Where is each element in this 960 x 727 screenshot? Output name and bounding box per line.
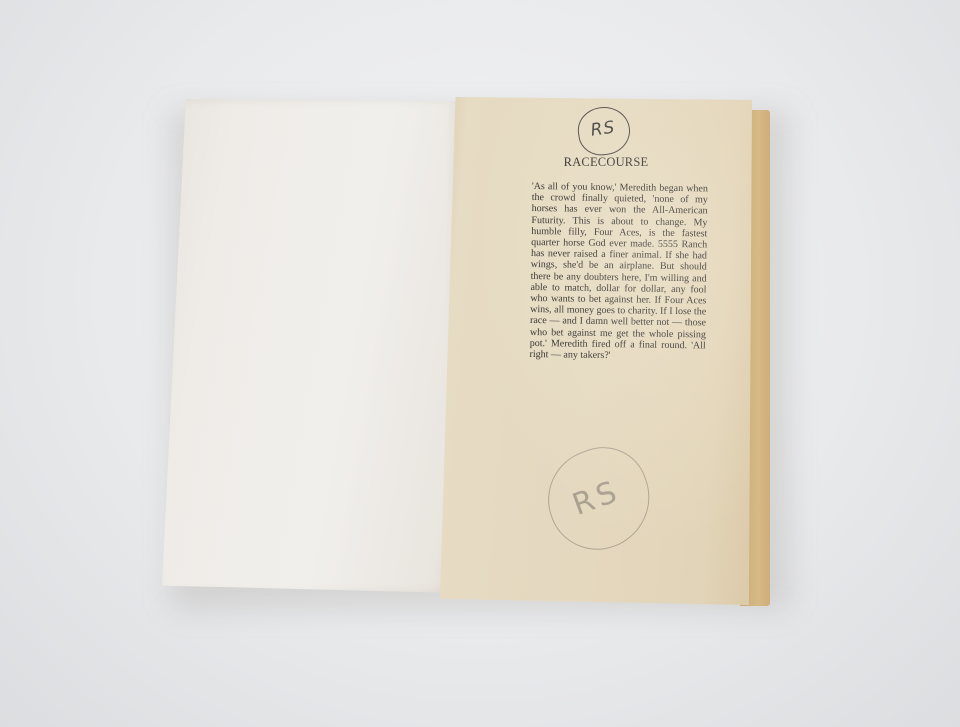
left-page-blank <box>162 99 460 593</box>
initials-text: RS <box>589 118 616 141</box>
initials-text: RS <box>568 474 625 523</box>
right-page: RS RACECOURSE 'As all of you know,' Mere… <box>440 97 752 605</box>
handwritten-initials-top: RS <box>575 104 633 159</box>
handwritten-initials-bottom: RS <box>534 435 664 564</box>
page-paragraph: 'As all of you know,' Meredith began whe… <box>529 181 707 363</box>
page-heading: RACECOURSE <box>536 155 676 170</box>
